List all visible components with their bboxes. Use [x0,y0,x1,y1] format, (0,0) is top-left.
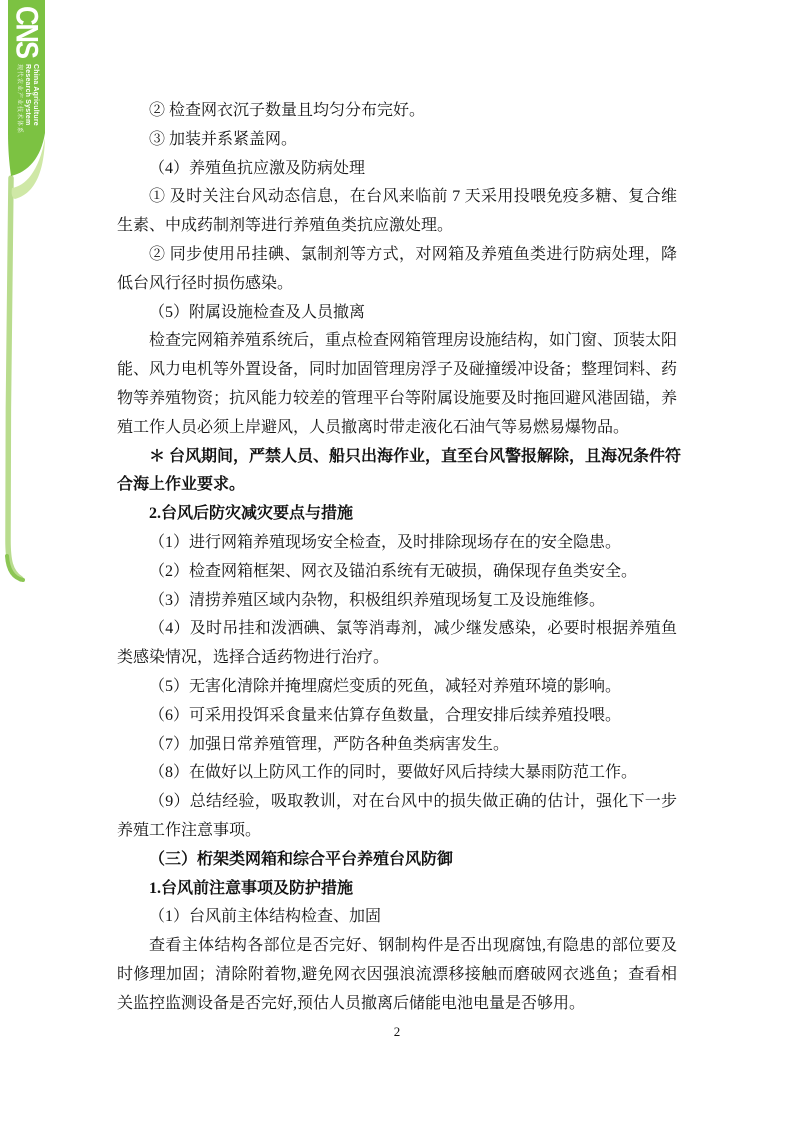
text-line: （8）在做好以上防风工作的同时，要做好风后持续大暴雨防范工作。 [117,759,677,788]
text-line: 养殖工作注意事项。 [117,817,677,846]
green-stem-decoration [0,0,60,600]
text-line: 物等养殖物资；抗风能力较差的管理平台等附属设施要及时拖回避风港固锚，养 [117,385,677,414]
text-line: 查看主体结构各部位是否完好、钢制构件是否出现腐蚀,有隐患的部位要及 [117,932,677,961]
text-line: （6）可采用投饵采食量来估算存鱼数量，合理安排后续养殖投喂。 [117,702,677,731]
text-line: 合海上作业要求。 [117,471,677,500]
text-line: 1.台风前注意事项及防护措施 [117,875,677,904]
text-line: 能、风力电机等外置设备，同时加固管理房浮子及碰撞缓冲设备；整理饲料、药 [117,356,677,385]
text-line: （9）总结经验，吸取教训，对在台风中的损失做正确的估计，强化下一步 [117,788,677,817]
text-line: 类感染情况，选择合适药物进行治疗。 [117,644,677,673]
text-line: （1）进行网箱养殖现场安全检查，及时排除现场存在的安全隐患。 [117,529,677,558]
text-line: ① 及时关注台风动态信息，在台风来临前 7 天采用投喂免疫多糖、复合维 [117,183,677,212]
text-line: （1）台风前主体结构检查、加固 [117,903,677,932]
stem-line [8,178,21,579]
banner-shape [8,0,45,176]
text-line: ③ 加装并系紧盖网。 [117,126,677,155]
text-line: （5）无害化清除并掩埋腐烂变质的死鱼，减轻对养殖环境的影响。 [117,673,677,702]
text-line: 检查完网箱养殖系统后，重点检查网箱管理房设施结构，如门窗、顶装太阳 [117,327,677,356]
text-line: ② 检查网衣沉子数量且均匀分布完好。 [117,97,677,126]
text-line: （三）桁架类网箱和综合平台养殖台风防御 [117,846,677,875]
page-number: 2 [0,1024,794,1040]
text-line: 关监控监测设备是否完好,预估人员撤离后储能电池电量是否够用。 [117,990,677,1019]
text-line: 殖工作人员必须上岸避风，人员撤离时带走液化石油气等易燃易爆物品。 [117,414,677,443]
text-line: （5）附属设施检查及人员撤离 [117,299,677,328]
text-line: （4）及时吊挂和泼洒碘、氯等消毒剂，减少继发感染，必要时根据养殖鱼 [117,615,677,644]
text-line: （2）检查网箱框架、网衣及锚泊系统有无破损，确保现存鱼类安全。 [117,558,677,587]
text-line: 时修理加固；清除附着物,避免网衣因强浪流漂移接触而磨破网衣逃鱼；查看相 [117,961,677,990]
text-line: ② 同步使用吊挂碘、氯制剂等方式，对网箱及养殖鱼类进行防病处理，降 [117,241,677,270]
text-line: 低台风行径时损伤感染。 [117,270,677,299]
text-line: 生素、中成药制剂等进行养殖鱼类抗应激处理。 [117,212,677,241]
document-body: ② 检查网衣沉子数量且均匀分布完好。③ 加装并系紧盖网。（4）养殖鱼抗应激及防病… [117,97,677,1019]
text-line: ＊ 台风期间，严禁人员、船只出海作业，直至台风警报解除，且海况条件符 [117,443,677,472]
text-line: （7）加强日常养殖管理，严防各种鱼类病害发生。 [117,731,677,760]
text-line: 2.台风后防灾减灾要点与措施 [117,500,677,529]
document-page: CNS China Agriculture Research System 现代… [0,0,794,1123]
text-line: （4）养殖鱼抗应激及防病处理 [117,155,677,184]
text-line: （3）清捞养殖区域内杂物，积极组织养殖现场复工及设施维修。 [117,587,677,616]
